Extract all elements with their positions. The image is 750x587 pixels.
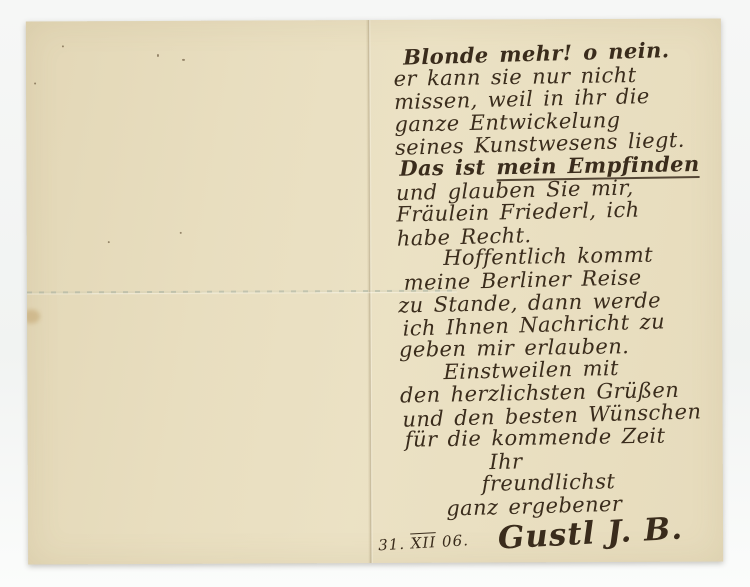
- letter-body: Blonde mehr! o nein.er kann sie nur nich…: [393, 39, 723, 554]
- horizontal-crease: [27, 290, 457, 294]
- date-month-roman: XII: [410, 533, 437, 552]
- foxing-speck: [108, 241, 110, 243]
- foxing-speck: [182, 59, 185, 61]
- date-year: 06.: [442, 531, 470, 550]
- foxing-speck: [62, 45, 64, 47]
- letter-line-text: Das ist: [399, 154, 496, 181]
- letter-photograph: Blonde mehr! o nein.er kann sie nur nich…: [0, 0, 750, 587]
- foxing-speck: [180, 232, 182, 234]
- letter-sheet: Blonde mehr! o nein.er kann sie nur nich…: [26, 18, 723, 564]
- date-day: 31.: [378, 535, 406, 554]
- foxing-speck: [34, 82, 36, 84]
- letter-page-left-blank: [26, 18, 721, 21]
- stain-mark: [26, 309, 40, 323]
- letter-lines: Blonde mehr! o nein.er kann sie nur nich…: [393, 39, 723, 520]
- foxing-speck: [157, 54, 159, 57]
